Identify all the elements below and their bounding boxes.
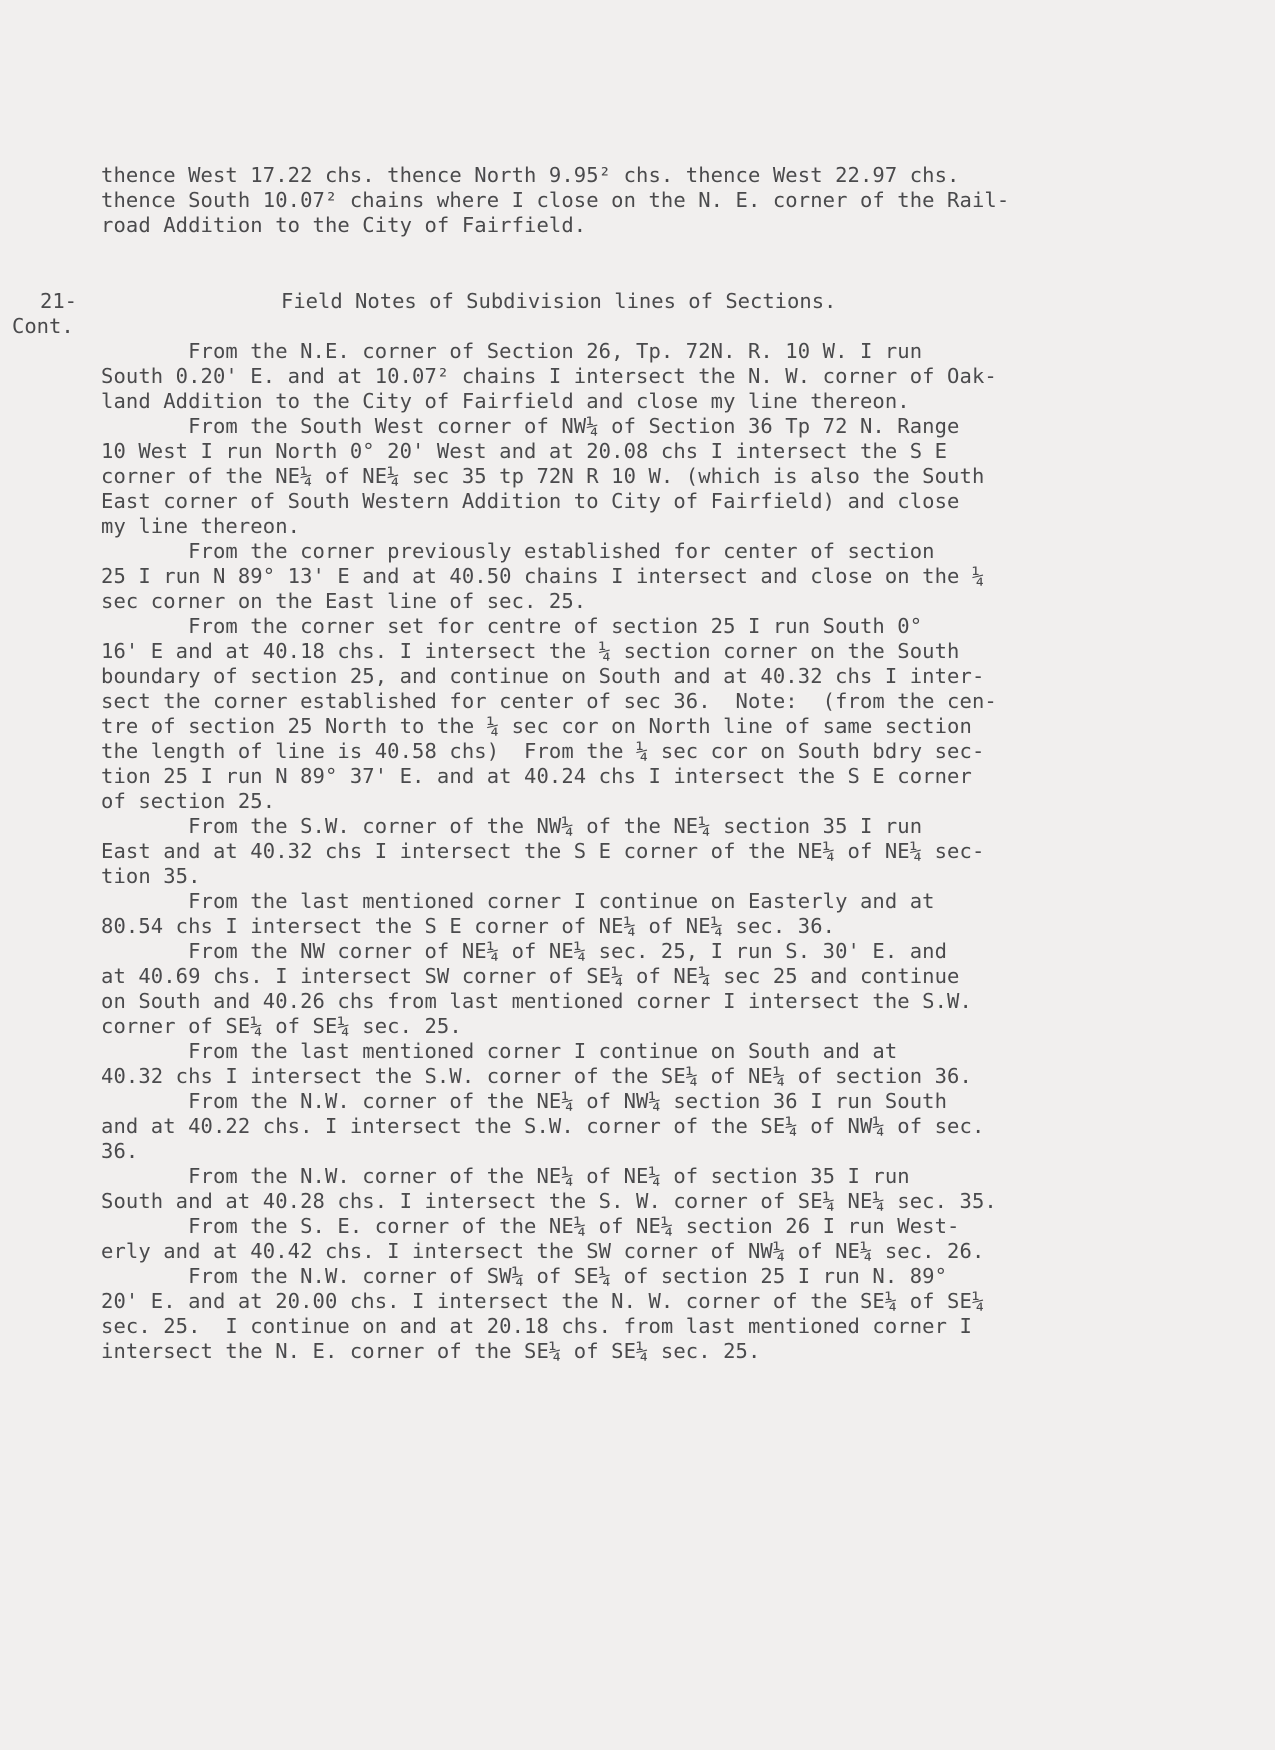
body-line: From the last mentioned corner I continu… (101, 1039, 897, 1064)
body-line: East corner of South Western Addition to… (101, 489, 960, 514)
body-line: East and at 40.32 chs I intersect the S … (101, 839, 984, 864)
body-line: From the corner previously established f… (101, 539, 935, 564)
body-line: boundary of section 25, and continue on … (101, 664, 984, 689)
intro-line: thence West 17.22 chs. thence North 9.95… (101, 163, 960, 188)
body-line: 20' E. and at 20.00 chs. I intersect the… (101, 1289, 984, 1314)
body-line: tion 25 I run N 89° 37' E. and at 40.24 … (101, 764, 972, 789)
body-line: the length of line is 40.58 chs) From th… (101, 739, 984, 764)
body-line: From the S.W. corner of the NW¼ of the N… (101, 814, 922, 839)
body-line: intersect the N. E. corner of the SE¼ of… (101, 1339, 760, 1364)
body-line: sect the corner established for center o… (101, 689, 997, 714)
body-line: South 0.20' E. and at 10.07² chains I in… (101, 364, 997, 389)
margin-note-cont: Cont. (12, 314, 74, 339)
body-line: 36. (101, 1139, 138, 1164)
body-line: From the S. E. corner of the NE¼ of NE¼ … (101, 1214, 960, 1239)
body-line: tre of section 25 North to the ¼ sec cor… (101, 714, 972, 739)
body-line: sec. 25. I continue on and at 20.18 chs.… (101, 1314, 972, 1339)
body-line: at 40.69 chs. I intersect SW corner of S… (101, 964, 960, 989)
document-page: thence West 17.22 chs. thence North 9.95… (0, 0, 1275, 1750)
body-line: 25 I run N 89° 13' E and at 40.50 chains… (101, 564, 984, 589)
body-line: sec corner on the East line of sec. 25. (101, 589, 586, 614)
body-line: tion 35. (101, 864, 201, 889)
body-line: land Addition to the City of Fairfield a… (101, 389, 910, 414)
body-line: on South and 40.26 chs from last mention… (101, 989, 972, 1014)
body-line: From the NW corner of NE¼ of NE¼ sec. 25… (101, 939, 947, 964)
body-line: of section 25. (101, 789, 275, 814)
body-line: From the last mentioned corner I continu… (101, 889, 935, 914)
margin-note-number: 21- (40, 289, 77, 314)
body-line: corner of the NE¼ of NE¼ sec 35 tp 72N R… (101, 464, 984, 489)
body-line: From the N.W. corner of SW¼ of SE¼ of se… (101, 1264, 947, 1289)
body-line: From the N.W. corner of the NE¼ of NW¼ s… (101, 1089, 947, 1114)
body-line: South and at 40.28 chs. I intersect the … (101, 1189, 997, 1214)
body-line: 40.32 chs I intersect the S.W. corner of… (101, 1064, 972, 1089)
body-line: From the N.E. corner of Section 26, Tp. … (101, 339, 922, 364)
body-line: 80.54 chs I intersect the S E corner of … (101, 914, 835, 939)
body-line: 10 West I run North 0° 20' West and at 2… (101, 439, 947, 464)
section-heading: Field Notes of Subdivision lines of Sect… (281, 289, 836, 314)
body-line: my line thereon. (101, 514, 300, 539)
body-line: and at 40.22 chs. I intersect the S.W. c… (101, 1114, 984, 1139)
body-line: erly and at 40.42 chs. I intersect the S… (101, 1239, 984, 1264)
body-line: From the N.W. corner of the NE¼ of NE¼ o… (101, 1164, 910, 1189)
body-line: From the South West corner of NW¼ of Sec… (101, 414, 960, 439)
body-line: corner of SE¼ of SE¼ sec. 25. (101, 1014, 462, 1039)
intro-line: road Addition to the City of Fairfield. (101, 213, 586, 238)
intro-line: thence South 10.07² chains where I close… (101, 188, 1009, 213)
body-line: 16' E and at 40.18 chs. I intersect the … (101, 639, 960, 664)
body-line: From the corner set for centre of sectio… (101, 614, 922, 639)
